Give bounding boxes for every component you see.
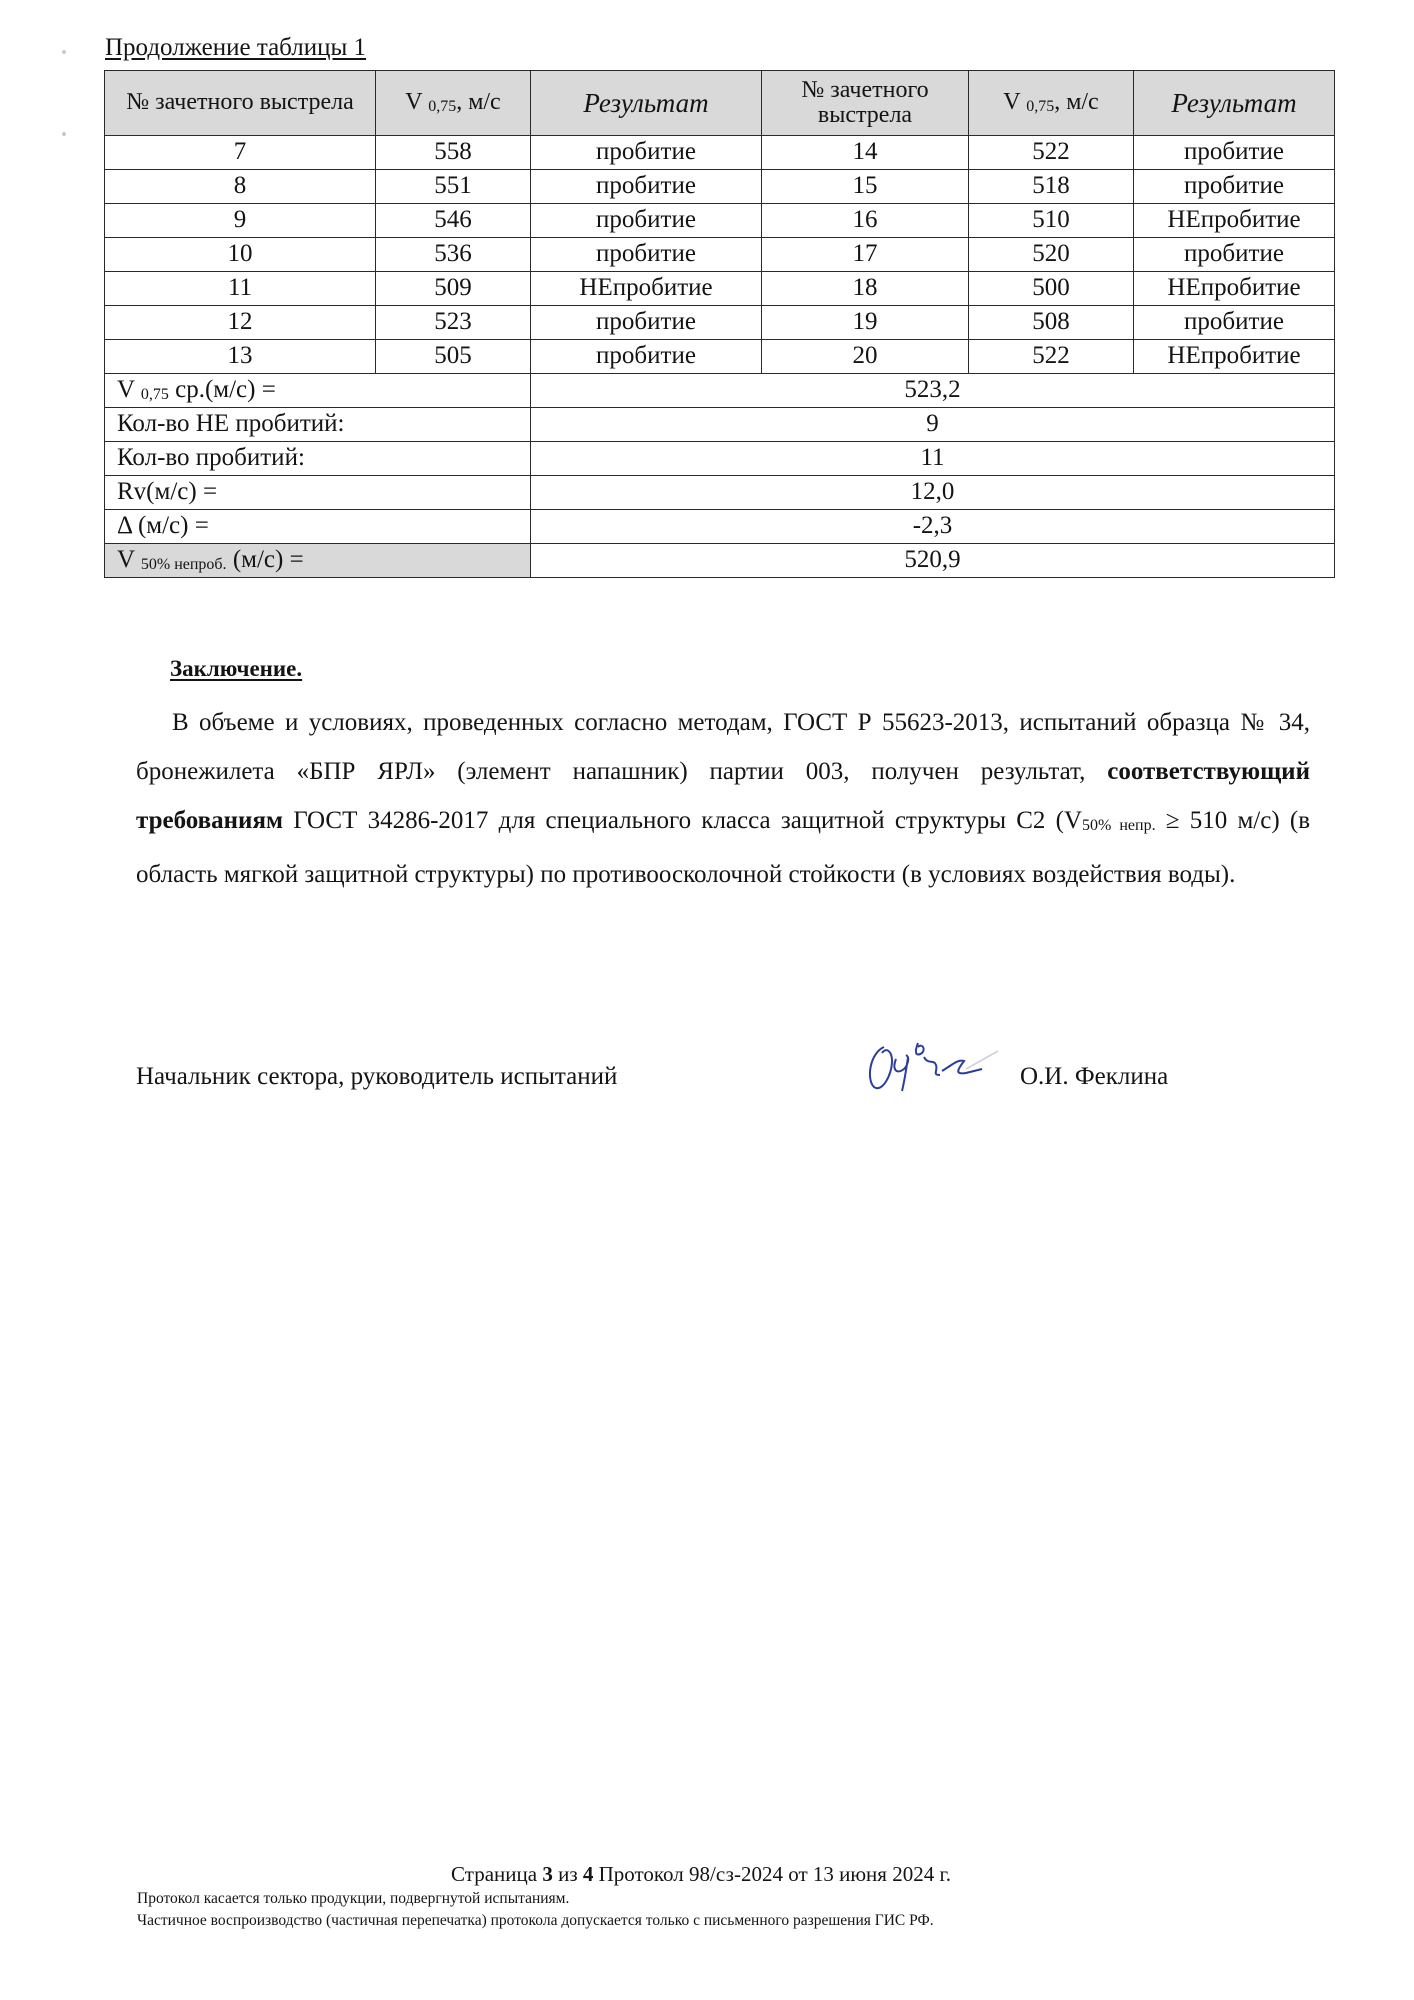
table-row: 7558пробитие14522пробитие xyxy=(105,136,1335,170)
velocity-value: 518 xyxy=(969,170,1134,204)
table-header-row: № зачетного выстрела V 0,75, м/с Результ… xyxy=(105,71,1335,136)
signatory-name: О.И. Феклина xyxy=(1020,1063,1168,1091)
table-row: 8551пробитие15518пробитие xyxy=(105,170,1335,204)
summary-value: 523,2 xyxy=(531,374,1335,408)
header-result-2: Результат xyxy=(1134,71,1335,136)
table-row: 10536пробитие17520пробитие xyxy=(105,238,1335,272)
summary-row-v50: V 50% непроб. (м/с) = 520,9 xyxy=(105,544,1335,578)
result-value: пробитие xyxy=(531,136,762,170)
velocity-value: 551 xyxy=(376,170,531,204)
header-velocity: V 0,75, м/с xyxy=(376,71,531,136)
shot-number: 11 xyxy=(105,272,376,306)
velocity-value: 523 xyxy=(376,306,531,340)
velocity-value: 522 xyxy=(969,136,1134,170)
result-value: пробитие xyxy=(531,340,762,374)
result-value: пробитие xyxy=(531,238,762,272)
shot-number: 15 xyxy=(762,170,969,204)
summary-value: 9 xyxy=(531,408,1335,442)
velocity-value: 505 xyxy=(376,340,531,374)
result-value: пробитие xyxy=(531,306,762,340)
summary-value: 12,0 xyxy=(531,476,1335,510)
table-row: 13505пробитие20522НЕпробитие xyxy=(105,340,1335,374)
shot-number: 10 xyxy=(105,238,376,272)
result-value: пробитие xyxy=(1134,306,1335,340)
shot-number: 16 xyxy=(762,204,969,238)
shot-number: 19 xyxy=(762,306,969,340)
summary-value: -2,3 xyxy=(531,510,1335,544)
page-total: 4 xyxy=(583,1862,594,1886)
table-row: 12523пробитие19508пробитие xyxy=(105,306,1335,340)
result-value: пробитие xyxy=(1134,136,1335,170)
header-result: Результат xyxy=(531,71,762,136)
result-value: НЕпробитие xyxy=(531,272,762,306)
summary-label: V 50% непроб. (м/с) = xyxy=(105,544,531,578)
handwritten-signature-icon xyxy=(862,1035,1002,1095)
summary-row-penetrations: Кол-во пробитий: 11 xyxy=(105,442,1335,476)
header-shot-no: № зачетного выстрела xyxy=(105,71,376,136)
table-row: 9546пробитие16510НЕпробитие xyxy=(105,204,1335,238)
shot-number: 12 xyxy=(105,306,376,340)
summary-row-non-penetrations: Кол-во НЕ пробитий: 9 xyxy=(105,408,1335,442)
velocity-value: 536 xyxy=(376,238,531,272)
shot-number: 9 xyxy=(105,204,376,238)
shot-number: 14 xyxy=(762,136,969,170)
summary-value: 11 xyxy=(531,442,1335,476)
result-value: НЕпробитие xyxy=(1134,204,1335,238)
page-number: 3 xyxy=(542,1862,553,1886)
result-value: НЕпробитие xyxy=(1134,272,1335,306)
velocity-value: 509 xyxy=(376,272,531,306)
summary-label: Rv(м/с) = xyxy=(105,476,531,510)
page-footer: Страница 3 из 4 Протокол 98/сз-2024 от 1… xyxy=(0,1862,1414,1887)
velocity-value: 510 xyxy=(969,204,1134,238)
velocity-value: 558 xyxy=(376,136,531,170)
scan-speck xyxy=(62,50,66,54)
shot-number: 17 xyxy=(762,238,969,272)
summary-value: 520,9 xyxy=(531,544,1335,578)
summary-label: Кол-во пробитий: xyxy=(105,442,531,476)
velocity-value: 522 xyxy=(969,340,1134,374)
table-row: 11509НЕпробитие18500НЕпробитие xyxy=(105,272,1335,306)
result-value: пробитие xyxy=(531,170,762,204)
conclusion-title: Заключение. xyxy=(170,656,302,682)
shot-number: 20 xyxy=(762,340,969,374)
result-value: НЕпробитие xyxy=(1134,340,1335,374)
footer-note: Протокол касается только продукции, подв… xyxy=(137,1890,569,1908)
conclusion-paragraph: В объеме и условиях, проведенных согласн… xyxy=(136,698,1310,899)
scan-speck xyxy=(62,132,66,136)
velocity-value: 520 xyxy=(969,238,1134,272)
header-shot-no-2: № зачетного выстрела xyxy=(762,71,969,136)
shot-number: 13 xyxy=(105,340,376,374)
shot-number: 7 xyxy=(105,136,376,170)
velocity-value: 546 xyxy=(376,204,531,238)
summary-row-rv: Rv(м/с) = 12,0 xyxy=(105,476,1335,510)
result-value: пробитие xyxy=(1134,170,1335,204)
summary-row-delta: Δ (м/с) = -2,3 xyxy=(105,510,1335,544)
header-velocity-2: V 0,75, м/с xyxy=(969,71,1134,136)
results-table: № зачетного выстрела V 0,75, м/с Результ… xyxy=(104,70,1335,578)
footer-note: Частичное воспроизводство (частичная пер… xyxy=(137,1912,934,1930)
velocity-value: 508 xyxy=(969,306,1134,340)
shot-number: 8 xyxy=(105,170,376,204)
table-caption: Продолжение таблицы 1 xyxy=(105,34,366,62)
summary-row-v-avg: V 0,75 ср.(м/с) = 523,2 xyxy=(105,374,1335,408)
summary-label: Кол-во НЕ пробитий: xyxy=(105,408,531,442)
signatory-role: Начальник сектора, руководитель испытани… xyxy=(136,1063,617,1091)
summary-label: Δ (м/с) = xyxy=(105,510,531,544)
result-value: пробитие xyxy=(531,204,762,238)
velocity-value: 500 xyxy=(969,272,1134,306)
shot-number: 18 xyxy=(762,272,969,306)
result-value: пробитие xyxy=(1134,238,1335,272)
summary-label: V 0,75 ср.(м/с) = xyxy=(105,374,531,408)
